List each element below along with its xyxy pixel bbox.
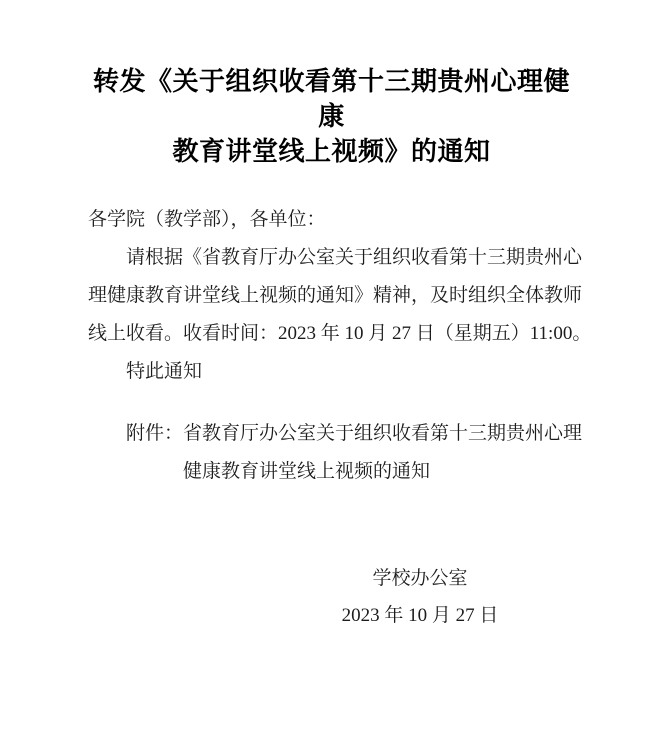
attachment-block: 附件： 省教育厅办公室关于组织收看第十三期贵州心理 健康教育讲堂线上视频的通知 bbox=[126, 415, 575, 491]
document-title: 转发《关于组织收看第十三期贵州心理健康 教育讲堂线上视频》的通知 bbox=[88, 0, 575, 169]
document-title-line-1: 转发《关于组织收看第十三期贵州心理健康 bbox=[88, 64, 575, 134]
attachment-line-2: 健康教育讲堂线上视频的通知 bbox=[183, 453, 582, 491]
attachment-line-1: 省教育厅办公室关于组织收看第十三期贵州心理 bbox=[183, 415, 582, 453]
signature-block: 学校办公室 2023 年 10 月 27 日 bbox=[320, 560, 520, 634]
paragraph-line-2: 理健康教育讲堂线上视频的通知》精神，及时组织全体教师 bbox=[88, 277, 575, 315]
signature-date: 2023 年 10 月 27 日 bbox=[320, 597, 520, 634]
closing-line: 特此通知 bbox=[88, 353, 575, 391]
attachment-content: 省教育厅办公室关于组织收看第十三期贵州心理 健康教育讲堂线上视频的通知 bbox=[183, 415, 582, 491]
document-title-line-2: 教育讲堂线上视频》的通知 bbox=[88, 134, 575, 169]
paragraph-line-3: 线上收看。收看时间：2023 年 10 月 27 日（星期五）11:00。 bbox=[88, 315, 575, 353]
paragraph-line-1: 请根据《省教育厅办公室关于组织收看第十三期贵州心 bbox=[88, 239, 575, 277]
salutation-line: 各学院（教学部），各单位： bbox=[88, 201, 575, 239]
document-body: 各学院（教学部），各单位： 请根据《省教育厅办公室关于组织收看第十三期贵州心 理… bbox=[88, 201, 575, 491]
attachment-label: 附件： bbox=[126, 415, 183, 491]
notice-document-page: 转发《关于组织收看第十三期贵州心理健康 教育讲堂线上视频》的通知 各学院（教学部… bbox=[0, 0, 662, 733]
signature-organization: 学校办公室 bbox=[320, 560, 520, 597]
